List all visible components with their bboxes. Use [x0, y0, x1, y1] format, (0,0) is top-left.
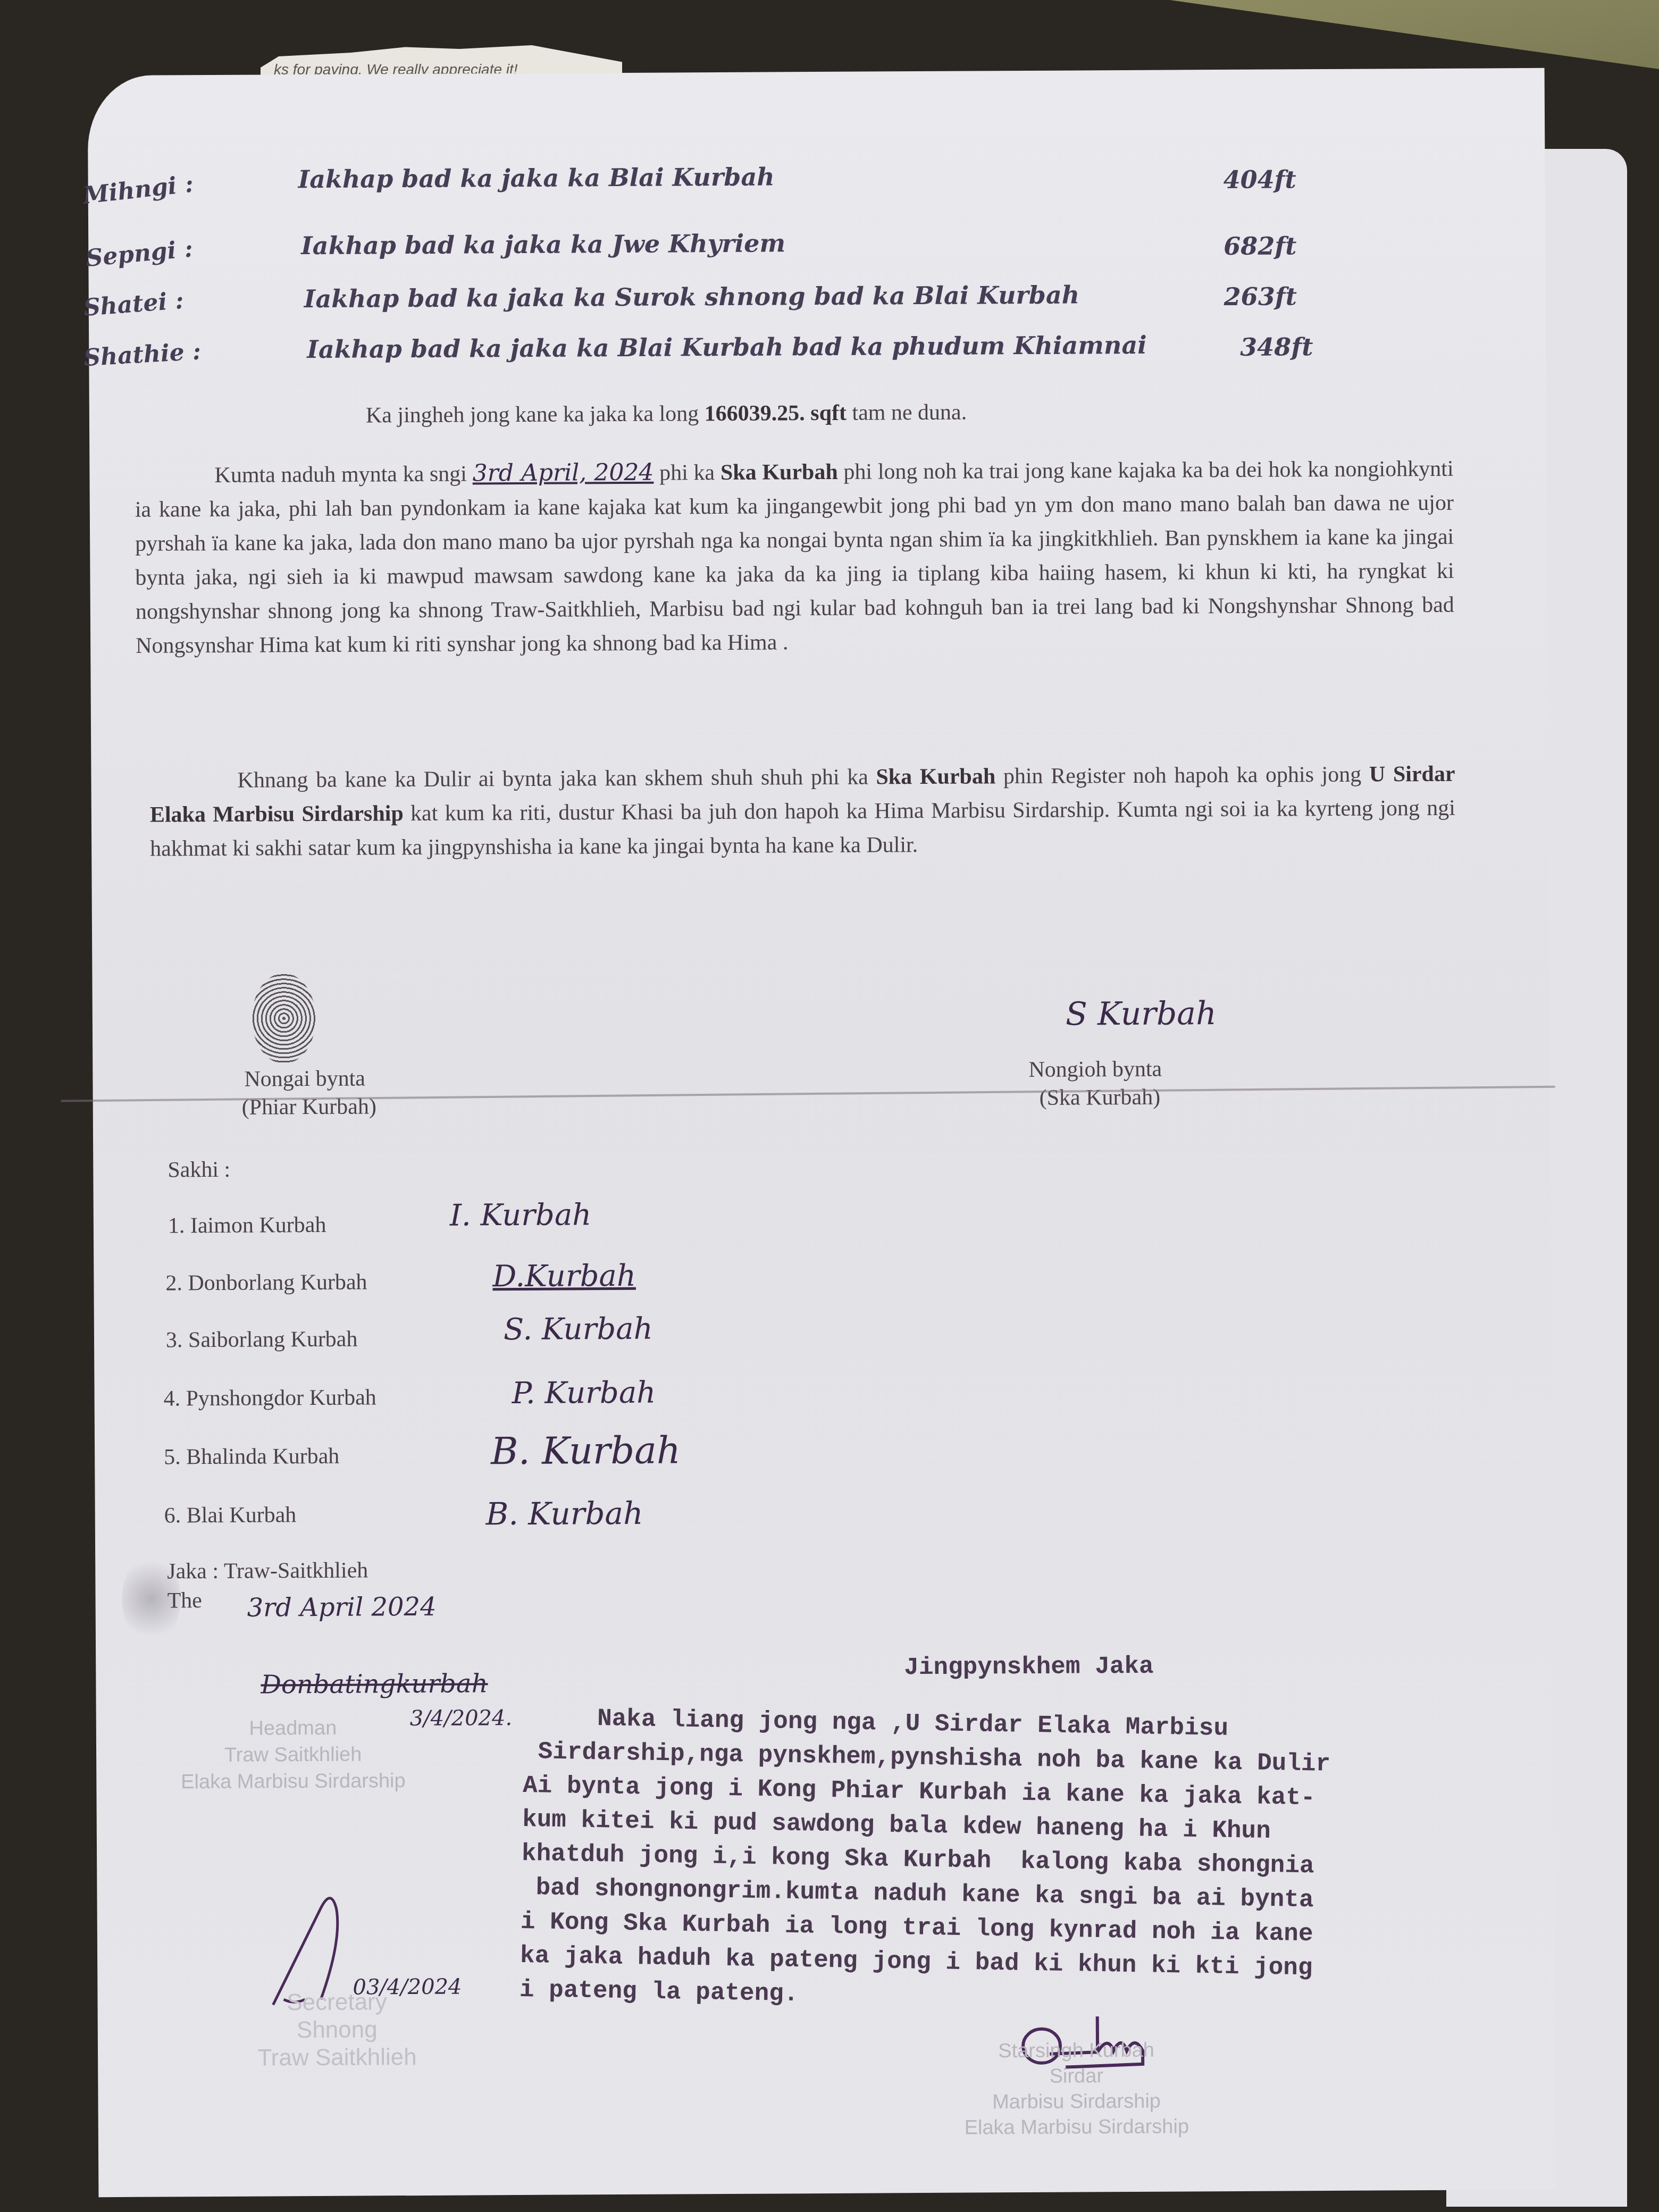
headman-stamp: Headman Traw Saitkhlieh Elaka Marbisu Si… [176, 1714, 410, 1795]
giver-label: Nongai bynta [244, 1066, 365, 1092]
document-page: Mihngi : Iakhap bad ka jaka ka Blai Kurb… [88, 68, 1556, 2197]
secretary-stamp: Secretary Shnong Traw Saitkhlieh [230, 1988, 443, 2072]
thumbprint-icon [252, 973, 316, 1064]
witness-heading: Sakhi : [167, 1157, 230, 1183]
boundary-description: Iakhap bad ka jaka ka Surok shnong bad k… [304, 280, 1080, 313]
receiver-name: (Ska Kurbah) [1040, 1085, 1161, 1111]
receiver-label: Nongioh bynta [1028, 1057, 1162, 1083]
handwritten-date: 3rd April, 2024 [473, 459, 654, 487]
witness-signature: B. Kurbah [491, 1428, 681, 1473]
headman-date: 3/4/2024. [410, 1706, 513, 1731]
place-label: Jaka : Traw-Saitkhlieh [167, 1557, 368, 1584]
witness-signature: D.Kurbah [492, 1259, 636, 1294]
certification-title: Jingpynskhem Jaka [904, 1649, 1154, 1685]
receiver-signature: S Kurbah [1066, 995, 1217, 1033]
certification-body: Naka liang jong nga ,U Sirdar Elaka Marb… [520, 1700, 1331, 2020]
boundary-length: 263ft [1224, 282, 1297, 311]
witness-name: 5. Bhalinda Kurbah [164, 1444, 339, 1470]
area-value: 166039.25. sqft [705, 401, 847, 426]
witness-signature: P. Kurbah [512, 1376, 656, 1411]
boundary-label: Sepngi : [85, 235, 194, 272]
paragraph-registration: Khnang ba kane ka Dulir ai bynta jaka ka… [149, 757, 1455, 866]
boundary-description: Iakhap bad ka jaka ka Blai Kurbah [298, 162, 774, 194]
boundary-length: 348ft [1240, 332, 1313, 362]
recipient-name: Ska Kurbah [876, 764, 995, 789]
date-label: The [167, 1588, 202, 1613]
witness-name: 4. Pynshongdor Kurbah [163, 1385, 376, 1411]
boundary-label: Shathie : [83, 338, 202, 372]
witness-name: 1. Iaimon Kurbah [168, 1212, 326, 1239]
witness-name: 2. Donborlang Kurbah [165, 1269, 367, 1296]
boundary-description: Iakhap bad ka jaka ka Jwe Khyriem [301, 229, 785, 260]
recipient-name: Ska Kurbah [720, 460, 838, 485]
background-wall [1170, 0, 1659, 69]
witness-signature: I. Kurbah [450, 1197, 592, 1233]
witness-name: 6. Blai Kurbah [164, 1502, 297, 1528]
boundary-length: 682ft [1224, 231, 1296, 261]
paragraph-ownership: Kumta naduh mynta ka sngi 3rd April, 202… [135, 451, 1454, 663]
boundary-label: Shatei : [82, 287, 185, 322]
witness-name: 3. Saiborlang Kurbah [166, 1327, 358, 1353]
boundary-label: Mihngi : [82, 170, 195, 210]
boundary-length: 404ft [1223, 165, 1296, 194]
witness-signature: S. Kurbah [504, 1312, 653, 1347]
boundary-description: Iakhap bad ka jaka ka Blai Kurbah bad ka… [307, 331, 1147, 364]
handwritten-date: 3rd April 2024 [247, 1592, 437, 1623]
headman-signature: Donbatingkurbah [261, 1669, 488, 1699]
area-statement: Ka jingheh jong kane ka jaka ka long 166… [366, 396, 967, 433]
witness-signature: B. Kurbah [486, 1495, 643, 1532]
sirdar-stamp: Starsingh Kurbah Sirdar Marbisu Sirdarsh… [911, 2037, 1242, 2141]
